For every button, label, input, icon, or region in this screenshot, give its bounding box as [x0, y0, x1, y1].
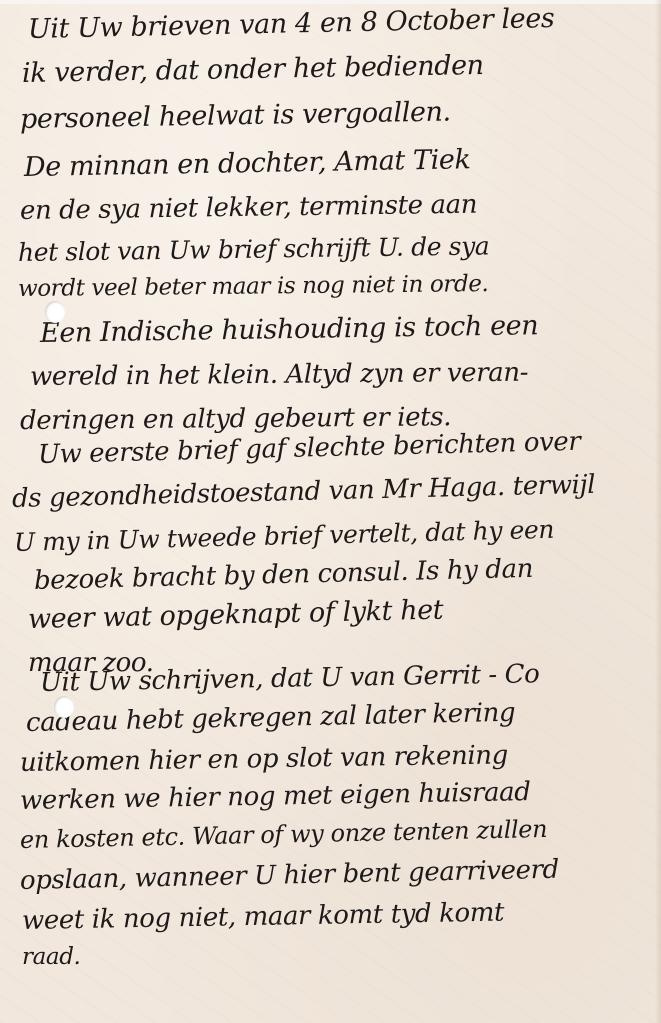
punch-hole: [45, 301, 65, 323]
handwritten-line: Uit Uw brieven van 4 en 8 October lees: [28, 3, 555, 45]
letter-page: Uit Uw brieven van 4 en 8 October leesik…: [0, 0, 661, 1023]
handwritten-line: cadeau hebt gekregen zal later kering: [26, 698, 516, 738]
handwritten-line: weet ik nog niet, maar komt tyd komt: [22, 898, 505, 936]
handwritten-line: het slot van Uw brief schrijft U. de sya: [18, 231, 490, 267]
handwritten-line: Een Indische huishouding is toch een: [40, 310, 539, 349]
handwritten-line: wereld in het klein. Altyd zyn er veran-: [30, 358, 528, 392]
handwritten-line: wordt veel beter maar is nog niet in ord…: [18, 271, 489, 302]
punch-hole: [54, 696, 74, 718]
page-top-edge: [0, 0, 661, 4]
handwritten-line: De minnan en dochter, Amat Tiek: [24, 144, 471, 183]
handwritten-line: ik verder, dat onder het bedienden: [22, 50, 484, 89]
handwritten-line: bezoek bracht by den consul. Is hy dan: [34, 554, 534, 596]
handwritten-line: U my in Uw tweede brief vertelt, dat hy …: [14, 515, 555, 557]
handwritten-line: weer wat opgeknapt of lykt het: [28, 595, 444, 635]
handwritten-line: en de sya niet lekker, terminste aan: [20, 190, 477, 226]
handwritten-line: opslaan, wanneer U hier bent gearriveerd: [20, 855, 560, 896]
handwritten-line: raad.: [22, 944, 80, 970]
handwritten-line: werken we hier nog met eigen huisraad: [20, 777, 531, 816]
handwritten-line: personeel heelwat is vergoallen.: [20, 96, 451, 135]
handwritten-line: en kosten etc. Waar of wy onze tenten zu…: [20, 815, 548, 854]
handwritten-line: uitkomen hier en op slot van rekening: [20, 740, 508, 778]
handwritten-line: ds gezondheidstoestand van Mr Haga. terw…: [12, 470, 596, 514]
